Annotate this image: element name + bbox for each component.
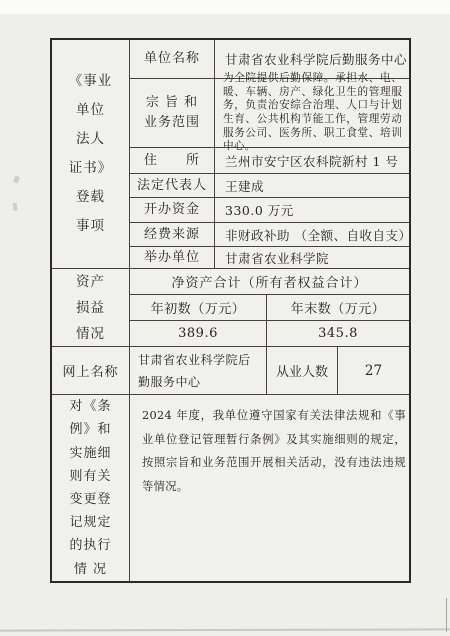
field-value: 为全院提供后勤保障。承担水、电、暖、车辆、房产、绿化卫生的管理服务，负责治安综合… (215, 79, 409, 147)
field-value: 330.0 万元 (215, 198, 409, 222)
assets-header-row: 净资产合计（所有者权益合计） (130, 269, 409, 295)
compliance-section: 对《条 例》和 实施细 则有关 变更登 记规定 的执行 情 况 2024 年度，… (52, 395, 409, 581)
compliance-side-label: 对《条 例》和 实施细 则有关 变更登 记规定 的执行 情 况 (52, 395, 130, 581)
pencil-mark (12, 203, 17, 211)
year-start-value: 389.6 (130, 321, 267, 346)
field-label: 举办单位 (130, 247, 215, 268)
year-end-value: 345.8 (267, 321, 409, 346)
staff-count-label: 从业人数 (267, 347, 338, 394)
field-value: 非财政补助 （全额、自收自支） (215, 223, 409, 246)
field-row-funding-source: 经费来源 非财政补助 （全额、自收自支） (130, 223, 409, 247)
online-name-section: 网上名称 甘肃省农业科学院后勤服务中心 从业人数 27 (52, 347, 409, 395)
field-row-opening-funds: 开办资金 330.0 万元 (130, 198, 409, 223)
field-row-purpose-scope: 宗 旨 和 业务范围 为全院提供后勤保障。承担水、电、暖、车辆、房产、绿化卫生的… (130, 79, 409, 148)
certificate-section: 《事业 单位 法人 证书》 登载 事项 单位名称 甘肃省农业科学院后勤服务中心 … (52, 40, 409, 269)
field-value: 甘肃省农业科学院 (215, 247, 409, 268)
net-assets-header: 净资产合计（所有者权益合计） (130, 269, 409, 294)
staff-count-value: 27 (338, 347, 409, 394)
assets-values-row: 389.6 345.8 (130, 321, 409, 346)
scanned-page: { "certificate_section": { "side_label":… (0, 0, 450, 636)
assets-side-label: 资产 损益 情况 (52, 269, 130, 346)
registration-table: 《事业 单位 法人 证书》 登载 事项 单位名称 甘肃省农业科学院后勤服务中心 … (50, 38, 411, 583)
field-label: 宗 旨 和 业务范围 (130, 79, 215, 147)
year-end-header: 年末数（万元） (267, 295, 409, 320)
assets-grid: 净资产合计（所有者权益合计） 年初数（万元） 年末数（万元） 389.6 345… (130, 269, 409, 346)
field-label: 法定代表人 (130, 174, 215, 197)
field-label: 住 所 (130, 148, 215, 173)
assets-subheader-row: 年初数（万元） 年末数（万元） (130, 295, 409, 321)
certificate-side-label: 《事业 单位 法人 证书》 登载 事项 (52, 40, 130, 268)
field-row-address: 住 所 兰州市安宁区农科院新村 1 号 (130, 148, 409, 174)
field-value: 兰州市安宁区农科院新村 1 号 (215, 148, 409, 173)
field-value: 王建成 (215, 174, 409, 197)
scan-edge-top (0, 0, 450, 14)
certificate-rows: 单位名称 甘肃省农业科学院后勤服务中心 宗 旨 和 业务范围 为全院提供后勤保障… (130, 40, 409, 268)
field-label: 开办资金 (130, 198, 215, 222)
field-label: 单位名称 (130, 40, 215, 78)
field-label: 经费来源 (130, 223, 215, 246)
assets-section: 资产 损益 情况 净资产合计（所有者权益合计） 年初数（万元） 年末数（万元） … (52, 269, 409, 347)
online-name-value: 甘肃省农业科学院后勤服务中心 (130, 347, 267, 394)
compliance-text: 2024 年度，我单位遵守国家有关法律法规和《事业单位登记管理暂行条例》及其实施… (130, 395, 409, 581)
scan-shadow-bottom (0, 628, 450, 631)
field-row-sponsor-unit: 举办单位 甘肃省农业科学院 (130, 247, 409, 268)
field-row-legal-representative: 法定代表人 王建成 (130, 174, 409, 198)
pencil-mark (13, 175, 20, 183)
online-name-label: 网上名称 (52, 347, 130, 394)
purpose-scope-text: 为全院提供后勤保障。承担水、电、暖、车辆、房产、绿化卫生的管理服务，负责治安综合… (223, 72, 405, 154)
scan-line-right (446, 598, 447, 632)
year-start-header: 年初数（万元） (130, 295, 267, 320)
